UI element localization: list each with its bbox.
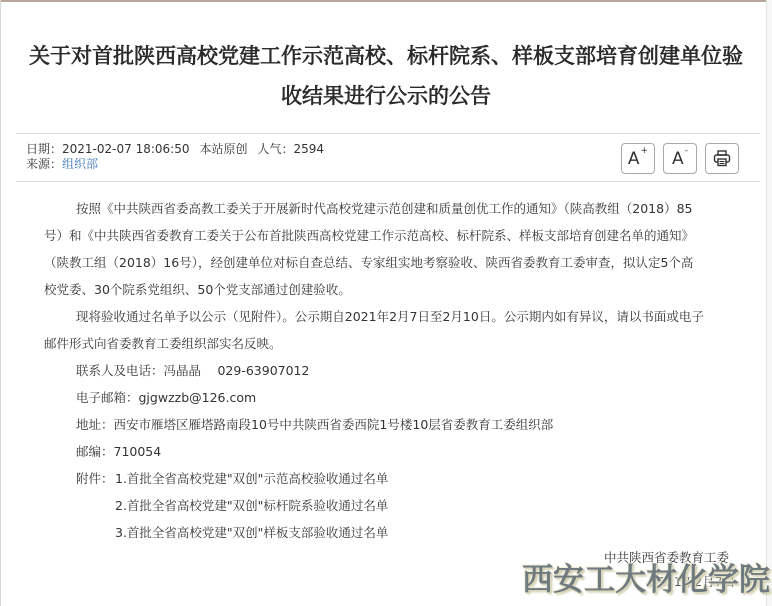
- attachments-label: 附件：: [76, 465, 114, 492]
- address-line: 地址：西安市雁塔区雁塔路南段10号中共陕西省委西院1号楼10层省委教育工委组织部: [76, 411, 553, 438]
- font-increase-icon: A+: [628, 149, 648, 169]
- font-increase-button[interactable]: A+: [621, 143, 655, 174]
- print-button[interactable]: [705, 143, 739, 174]
- attachment-1[interactable]: 1.首批全省高校党建"双创"示范高校验收通过名单: [115, 465, 388, 492]
- article-meta: 日期：2021-02-07 18:06:50本站原创人气：2594 来源：组织部: [26, 142, 324, 172]
- contact-line: 联系人及电话：冯晶晶 029-63907012: [76, 357, 309, 384]
- source-label: 来源：: [26, 157, 62, 171]
- left-border: [0, 0, 1, 606]
- font-decrease-icon: A-: [672, 149, 688, 169]
- date-value: 2021-02-07 18:06:50: [62, 142, 189, 156]
- para2-line-1: 现将验收通过名单予以公示（见附件）。公示期自2021年2月7日至2月10日。公示…: [76, 303, 704, 330]
- meta-divider-bottom: [16, 181, 760, 182]
- print-icon: [713, 150, 731, 167]
- views-label: 人气：: [257, 142, 293, 156]
- meta-divider-top: [16, 133, 760, 134]
- para2-line-2: 邮件形式向省委教育工委组织部实名反映。: [44, 330, 282, 357]
- title-line-2: 收结果进行公示的公告: [6, 76, 766, 116]
- date-label: 日期：: [26, 142, 62, 156]
- attachment-3[interactable]: 3.首批全省高校党建"双创"样板支部验收通过名单: [115, 519, 388, 546]
- views-count: 2594: [294, 142, 325, 156]
- watermark: 西安工大材化学院: [522, 562, 770, 598]
- article-tools: A+ A-: [621, 143, 739, 174]
- para1-line-4: 校党委、30个院系党组织、50个党支部通过创建验收。: [44, 276, 351, 303]
- font-decrease-button[interactable]: A-: [663, 143, 697, 174]
- article-title: 关于对首批陕西高校党建工作示范高校、标杆院系、样板支部培育创建单位验 收结果进行…: [6, 36, 766, 116]
- origin-label: 本站原创: [199, 142, 247, 156]
- title-line-1: 关于对首批陕西高校党建工作示范高校、标杆院系、样板支部培育创建单位验: [6, 36, 766, 76]
- para1-line-1: 按照《中共陕西省委高教工委关于开展新时代高校党建示范创建和质量创优工作的通知》（…: [76, 195, 692, 222]
- source-link[interactable]: 组织部: [62, 157, 98, 171]
- para1-line-2: 号）和《中共陕西省委教育工委关于公布首批陕西高校党建工作示范高校、标杆院系、样板…: [44, 222, 694, 249]
- para1-line-3: （陕教工组（2018）16号），经创建单位对标自查总结、专家组实地考察验收、陕西…: [44, 249, 693, 276]
- postcode-line: 邮编：710054: [76, 438, 161, 465]
- scroll-gutter: [767, 0, 772, 606]
- top-border-strip: [0, 0, 772, 2]
- attachment-2[interactable]: 2.首批全省高校党建"双创"标杆院系验收通过名单: [115, 492, 388, 519]
- email-line: 电子邮箱：gjgwzzb@126.com: [76, 384, 256, 411]
